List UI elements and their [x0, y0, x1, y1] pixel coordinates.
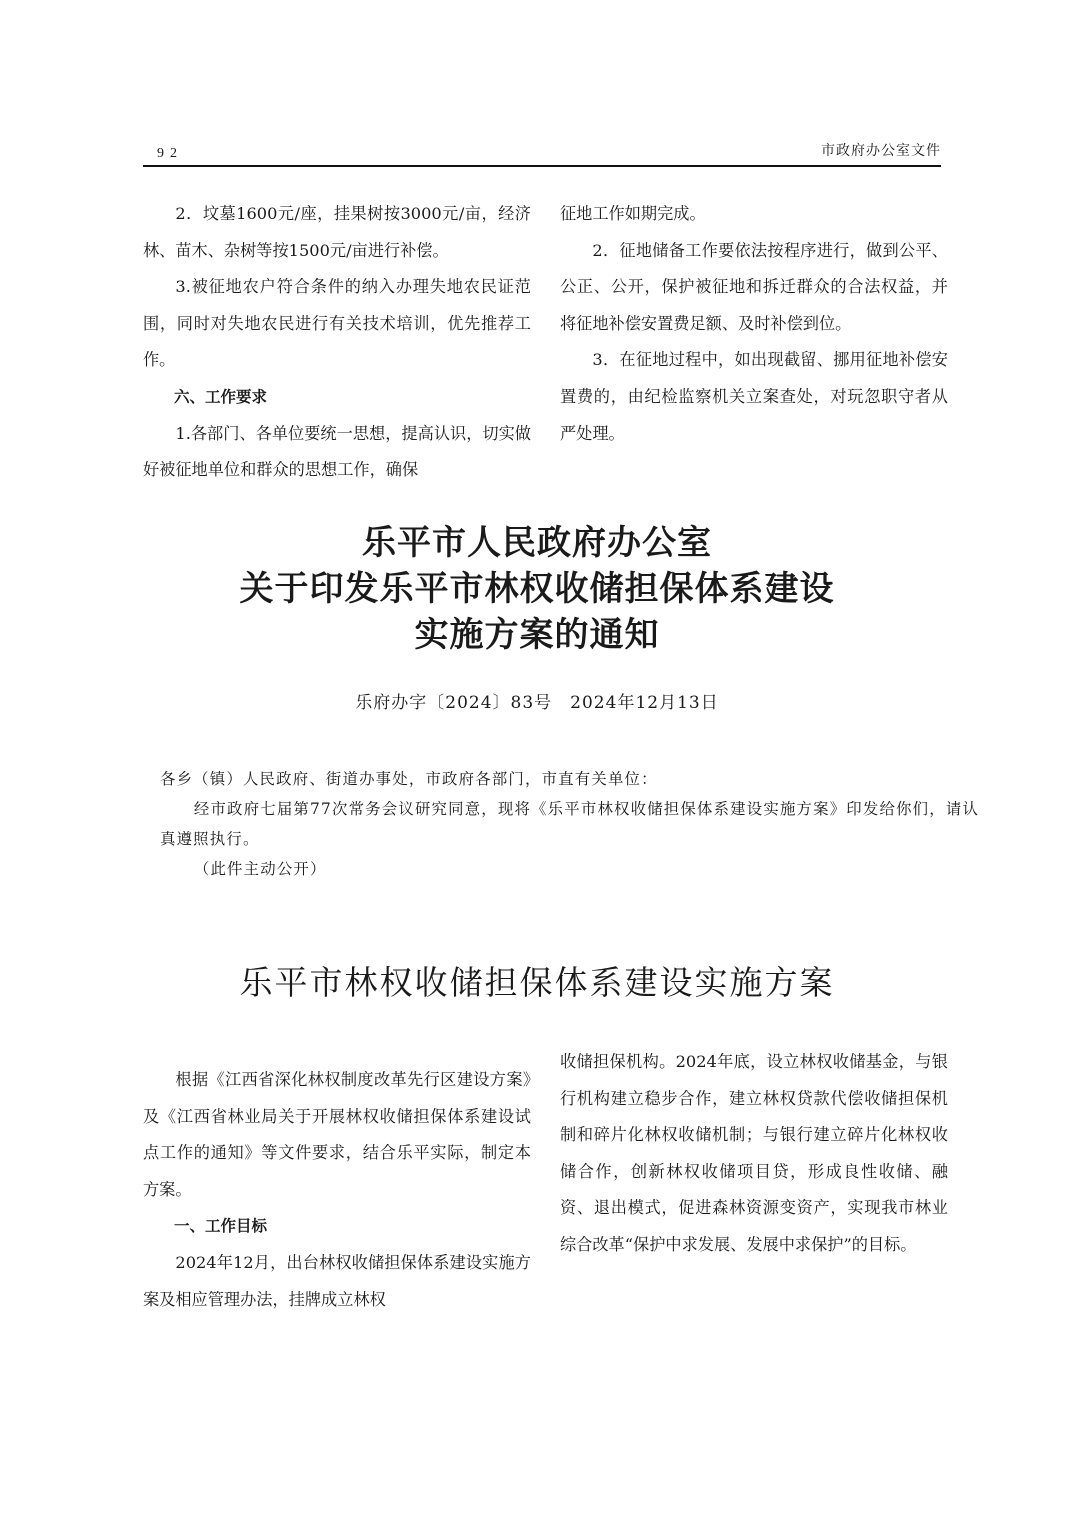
previous-section-left-column: 2．坟墓1600元/座，挂果树按3000元/亩，经济林、苗木、杂树等按1500元… [143, 196, 531, 489]
notice-title-line: 乐平市人民政府办公室 [0, 520, 1074, 566]
notice-title: 乐平市人民政府办公室 关于印发乐平市林权收储担保体系建设 实施方案的通知 [0, 520, 1074, 658]
paragraph: 2．征地储备工作要依法按程序进行，做到公平、公正、公开，保护被征地和拆迁群众的合… [560, 233, 948, 343]
plan-title: 乐平市林权收储担保体系建设实施方案 [0, 958, 1074, 1008]
paragraph-continuation: 收储担保机构。2024年底，设立林权收储基金，与银行机构建立稳步合作，建立林权贷… [560, 1044, 948, 1264]
document-number: 乐府办字〔2024〕83号 2024年12月13日 [0, 688, 1074, 713]
paragraph: 3．在征地过程中，如出现截留、挪用征地补偿安置费的，由纪检监察机关立案查处，对玩… [560, 342, 948, 452]
page-header: 92 市政府办公室文件 [143, 137, 941, 167]
plan-left-column: 根据《江西省深化林权制度改革先行区建设方案》及《江西省林业局关于开展林权收储担保… [143, 1062, 531, 1318]
paragraph: 根据《江西省深化林权制度改革先行区建设方案》及《江西省林业局关于开展林权收储担保… [143, 1062, 531, 1208]
section-heading: 一、工作目标 [143, 1208, 531, 1245]
section-heading: 六、工作要求 [143, 379, 531, 416]
page-number: 92 [157, 146, 183, 162]
notice-body: 各乡（镇）人民政府、街道办事处，市政府各部门，市直有关单位： 经市政府七届第77… [160, 764, 980, 884]
notice-title-line: 实施方案的通知 [0, 612, 1074, 658]
paragraph: 3.被征地农户符合条件的纳入办理失地农民证范围，同时对失地农民进行有关技术培训，… [143, 269, 531, 379]
notice-text: 经市政府七届第77次常务会议研究同意，现将《乐平市林权收储担保体系建设实施方案》… [160, 794, 980, 854]
previous-section-right-column: 征地工作如期完成。 2．征地储备工作要依法按程序进行，做到公平、公正、公开，保护… [560, 196, 948, 452]
notice-title-line: 关于印发乐平市林权收储担保体系建设 [0, 566, 1074, 612]
running-header-source: 市政府办公室文件 [821, 140, 941, 160]
addressee: 各乡（镇）人民政府、街道办事处，市政府各部门，市直有关单位： [160, 764, 980, 794]
disclosure-note: （此件主动公开） [160, 854, 980, 884]
paragraph: 1.各部门、各单位要统一思想，提高认识，切实做好被征地单位和群众的思想工作，确保 [143, 416, 531, 489]
paragraph-continuation: 征地工作如期完成。 [560, 196, 948, 233]
paragraph: 2．坟墓1600元/座，挂果树按3000元/亩，经济林、苗木、杂树等按1500元… [143, 196, 531, 269]
paragraph: 2024年12月，出台林权收储担保体系建设实施方案及相应管理办法，挂牌成立林权 [143, 1245, 531, 1318]
plan-right-column: 收储担保机构。2024年底，设立林权收储基金，与银行机构建立稳步合作，建立林权贷… [560, 1044, 948, 1264]
